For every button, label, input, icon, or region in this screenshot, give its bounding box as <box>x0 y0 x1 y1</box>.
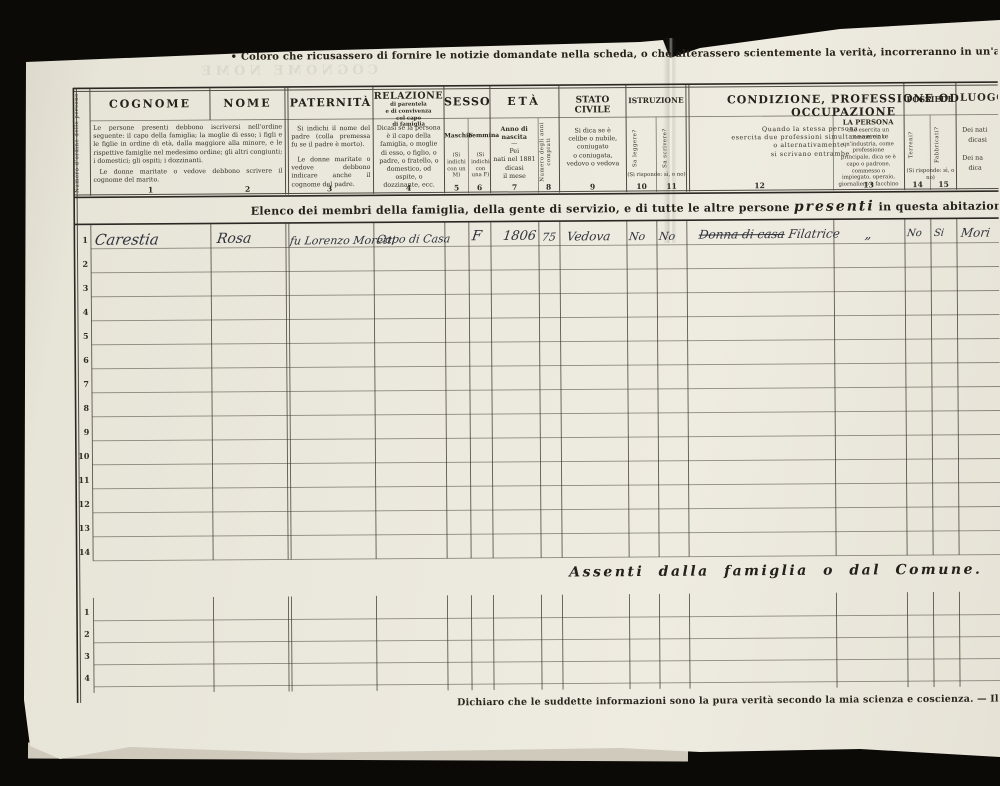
istruzione-note: (Si risponde: sì, o no) <box>626 172 686 179</box>
luogo-note-line-3: Dei na <box>962 155 998 163</box>
present-heading-suffix: in questa abitazione alla mezzanotte del… <box>879 198 999 213</box>
colnum-9: 9 <box>585 182 601 191</box>
present-heading-emphasis: presenti <box>794 198 875 215</box>
col-sesso-title: SESSO <box>444 95 490 108</box>
colnum-3: 3 <box>322 184 338 193</box>
luogo-note-line-1: Dei nati <box>962 127 998 135</box>
entry-sa-scrivere: No <box>658 230 676 243</box>
row-number: 11 <box>75 475 90 485</box>
entry-cognome: Carestia <box>94 230 160 248</box>
row-number: 1 <box>73 235 88 245</box>
condizione-col13-note: che esercita un commercio o un'industria… <box>837 127 899 188</box>
eta-anni-label: Numero degli anni compiuti <box>539 122 557 182</box>
row-number: 10 <box>74 451 89 461</box>
absent-row-number: 3 <box>75 651 90 661</box>
colnum-11: 11 <box>664 182 680 191</box>
absent-row-number: 2 <box>75 629 90 639</box>
entry-condizione-cancellata: Donna di casa <box>698 227 786 242</box>
col-paternita-title: PATERNITÀ <box>288 96 373 110</box>
colnum-4: 4 <box>401 184 417 193</box>
row-number: 14 <box>75 547 90 557</box>
col-cognome-title: COGNOME <box>90 97 210 111</box>
possiede-terreni-label: Terreni? <box>908 121 926 169</box>
sesso-femmina-note: (Si indichi con una F) <box>470 152 490 179</box>
row-number: 8 <box>74 403 89 413</box>
absent-section-heading: Assenti dalla famiglia o dal Comune. <box>569 562 982 581</box>
row-number: 2 <box>73 259 88 269</box>
present-heading-prefix: Elenco dei membri della famiglia, della … <box>251 201 790 218</box>
luogo-note-line-4: dica <box>968 165 998 173</box>
row-number: 9 <box>74 427 89 437</box>
col-eta-title: ETÀ <box>490 95 558 108</box>
absent-row-number: 4 <box>75 673 90 683</box>
colnum-13: 13 <box>861 180 877 189</box>
entry-relazione: Capo di Casa <box>376 232 451 246</box>
colnum-5: 5 <box>449 183 465 192</box>
colnum-14: 14 <box>910 180 926 189</box>
colnum-7: 7 <box>507 183 523 192</box>
istruzione-scrivere-label: Sa scrivere? <box>662 123 680 173</box>
colnum-12: 12 <box>752 181 768 190</box>
entry-condizione: Donna di casa Filatrice <box>698 227 841 242</box>
row-number: 5 <box>74 331 89 341</box>
entry-fabbricati: Si <box>933 228 945 239</box>
row-number: 6 <box>74 355 89 365</box>
row-number: 4 <box>73 307 88 317</box>
colnum-1: 1 <box>143 185 159 194</box>
istruzione-leggere-label: Sa leggere? <box>632 123 650 173</box>
name-block-note-1: Le persone presenti debbono iscriversi n… <box>93 124 282 166</box>
stato-civile-note: Si dica se è celibe o nubile, coniugato … <box>561 127 624 168</box>
col-relazione-title: RELAZIONE <box>373 90 444 101</box>
entry-nome: Rosa <box>216 231 253 247</box>
sesso-maschio-label: Maschio <box>444 132 468 139</box>
entry-anno-nascita: 1806 <box>502 229 537 244</box>
entry-sesso-f: F <box>471 228 483 244</box>
col-possiede-title: POSSIEDE <box>904 94 956 104</box>
entry-stato-civile: Vedova <box>566 229 611 243</box>
relazione-note: Dicasi se la persona è il capo della fam… <box>376 124 441 190</box>
colnum-8: 8 <box>541 183 557 192</box>
sesso-femmina-label: Femmina <box>468 132 492 139</box>
row-number: 12 <box>75 499 90 509</box>
col-persons-index-label: Numero d'ordine delle persone <box>74 93 90 193</box>
name-block-note-2: Le donne maritate o vedove debbono scriv… <box>93 168 282 186</box>
entry-sa-leggere: No <box>628 230 646 243</box>
col-luogo-title: LUOGO DI NASCITA <box>960 93 998 104</box>
colnum-2: 2 <box>240 185 256 194</box>
condizione-col13-heading: LA PERSONA <box>836 118 900 126</box>
col-istruzione-title: ISTRUZIONE <box>626 96 686 105</box>
census-form-scan: COGNOME NOME • Coloro che ricusassero di… <box>0 0 1000 786</box>
possiede-fabbricati-label: Fabbricati? <box>934 121 952 169</box>
col-stato-civile-title: STATO CIVILE <box>559 95 626 115</box>
row-number: 3 <box>73 283 88 293</box>
entry-luogo: Mori <box>960 226 1000 240</box>
colnum-10: 10 <box>634 182 650 191</box>
luogo-note-line-2: dicasi <box>968 137 998 145</box>
col-nome-title: NOME <box>210 96 285 110</box>
colnum-6: 6 <box>472 183 488 192</box>
printed-form: COGNOME NOME • Coloro che ricusassero di… <box>0 0 1000 786</box>
paternita-note-1: Si indichi il nome del padre (colla prem… <box>291 125 370 150</box>
eta-anno-note: — Pei nati nel 1881 dicasi il mese <box>492 140 536 181</box>
entry-condizione-attuale: Filatrice <box>788 227 841 241</box>
entry-terreni: No <box>906 228 922 239</box>
absent-row-number: 1 <box>74 607 89 617</box>
sesso-maschio-note: (Si indichi con un M) <box>446 152 466 179</box>
row-number: 7 <box>74 379 89 389</box>
colnum-15: 15 <box>936 180 952 189</box>
entry-anni: 75 <box>541 231 557 244</box>
row-number: 13 <box>75 523 90 533</box>
